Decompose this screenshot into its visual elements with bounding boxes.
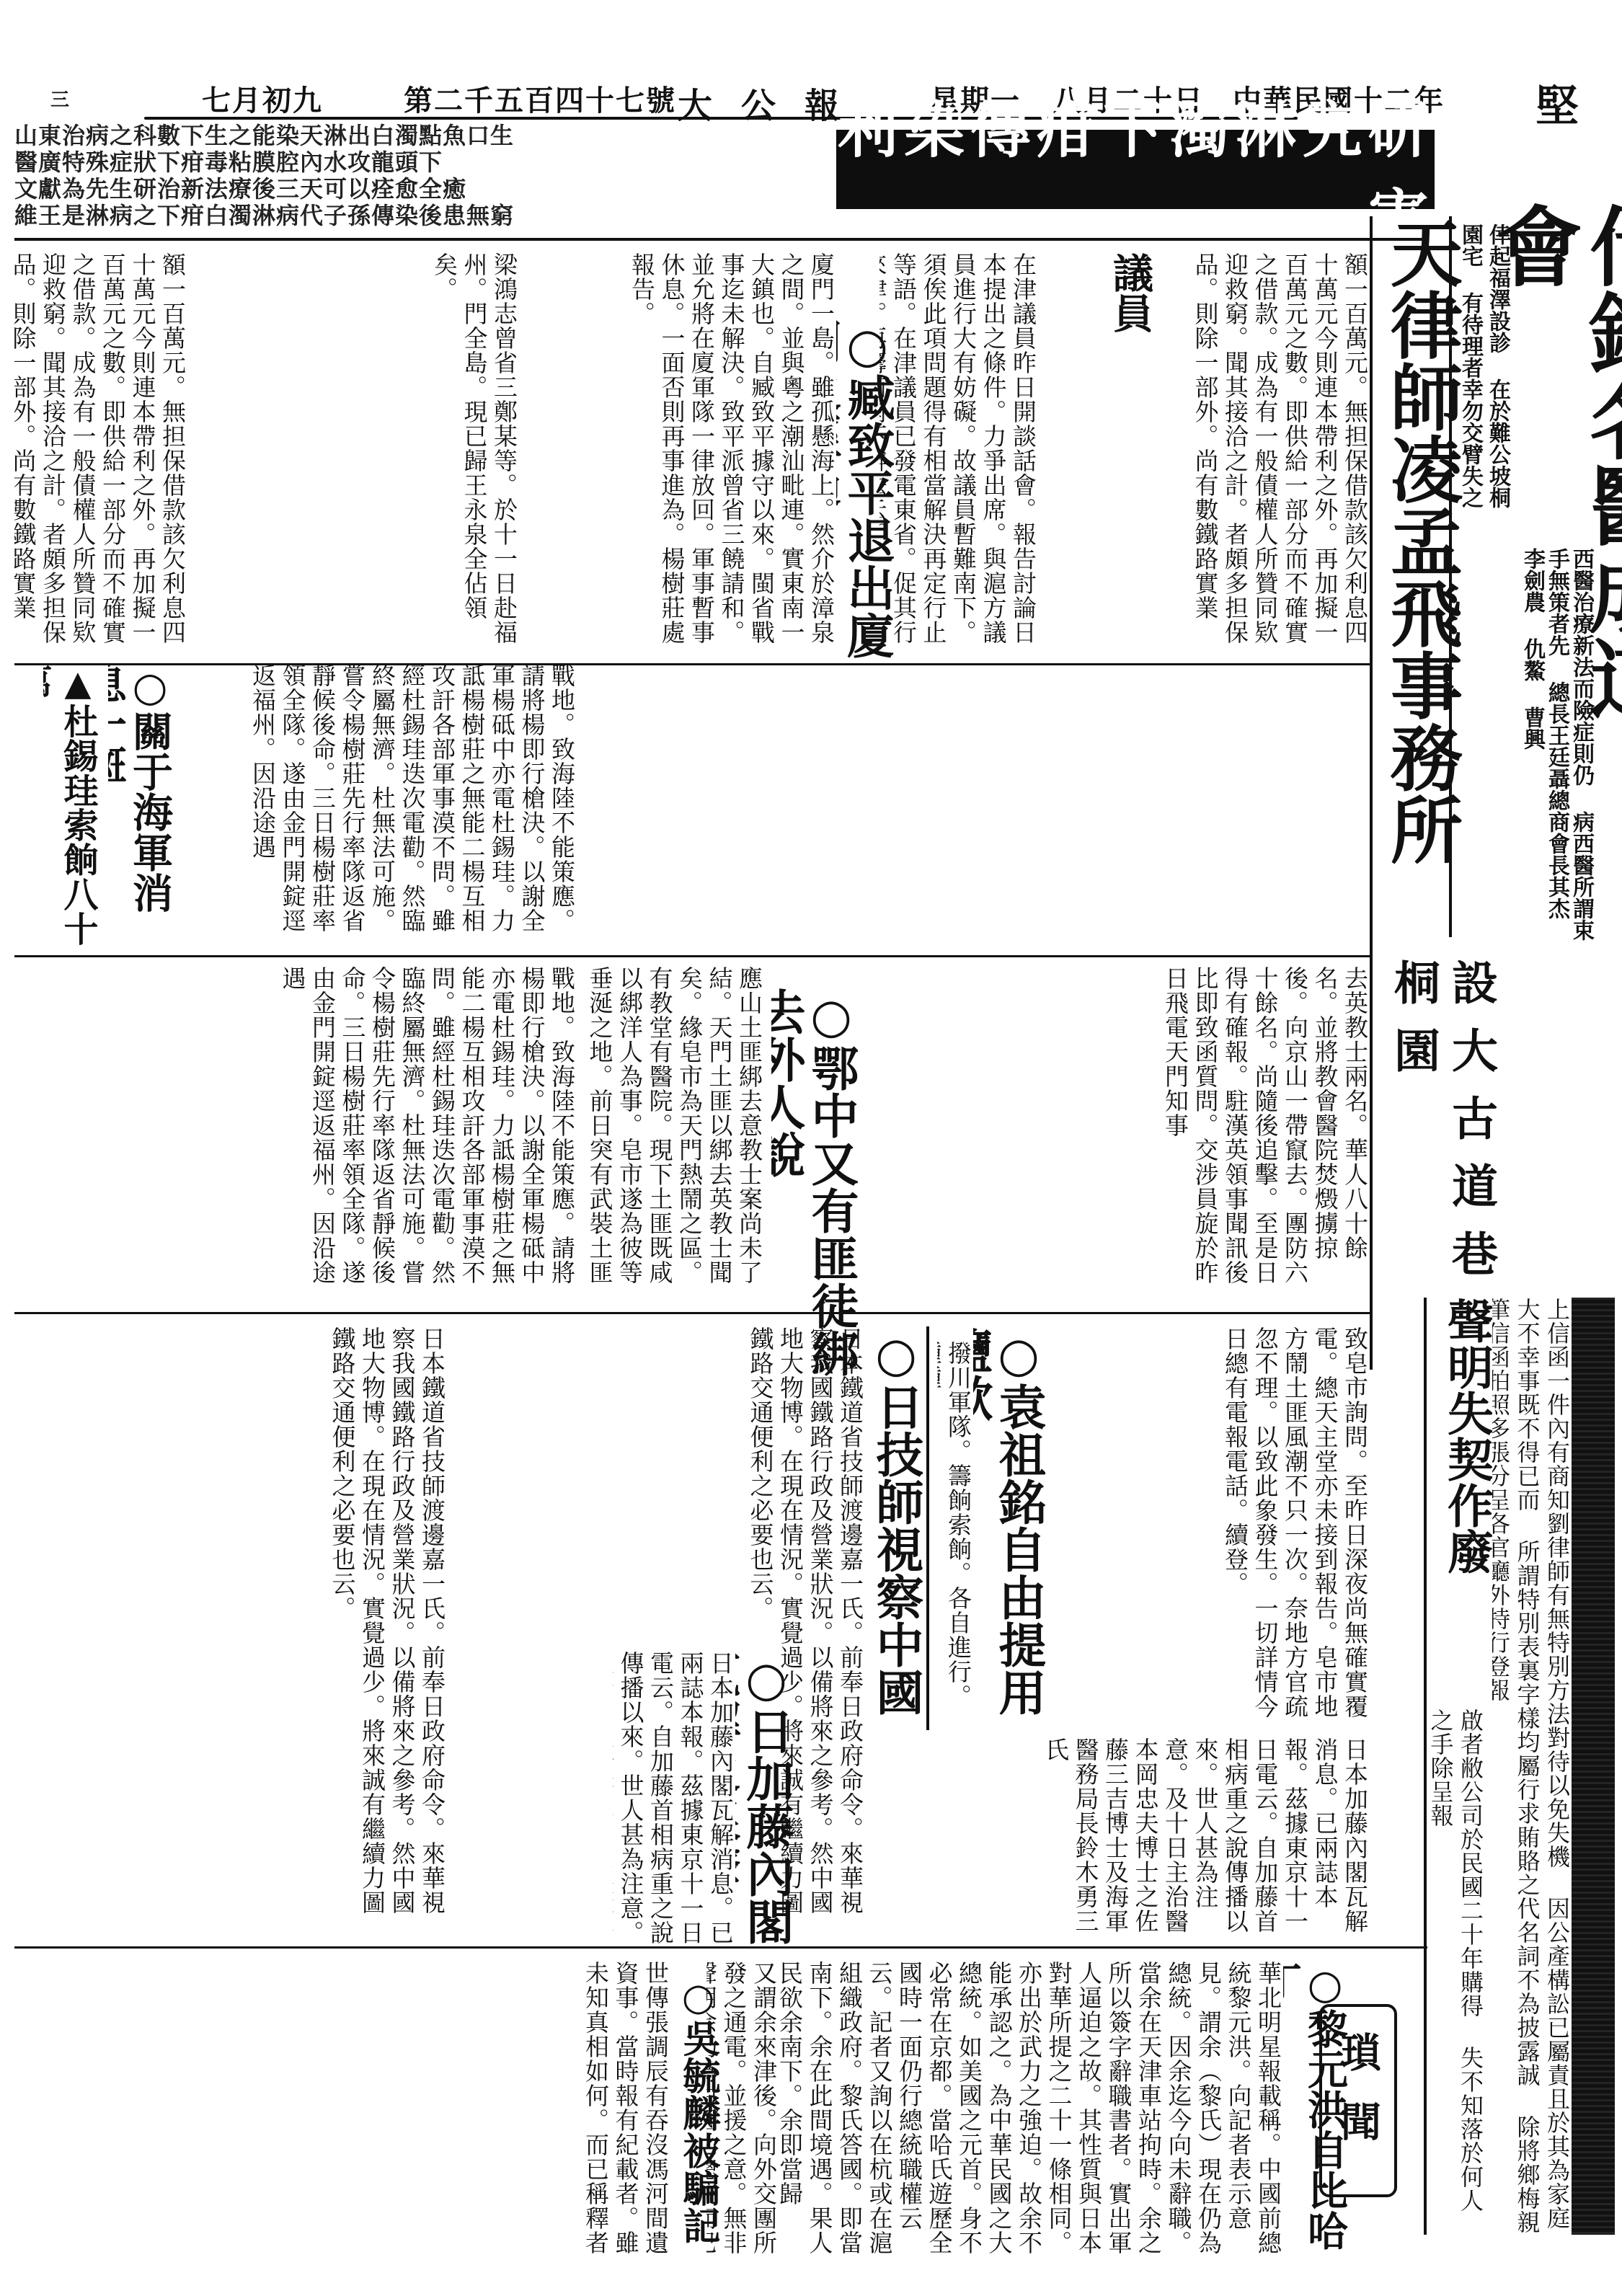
article-shantou-body: 致皂市詢問。至昨日深夜尚無確實覆電。總天主堂亦未接到報告。皂市地方鬧土匪風潮不只…: [1103, 1326, 1370, 1730]
top-ad-line: 維王是淋病之下疳白濁淋病代子孫傳染後患無窮: [14, 203, 822, 229]
divider: [14, 955, 1370, 957]
article-amoy-body: 廈門一島。雖孤懸海上。然介於漳泉之間。並與粵之潮汕毗連。實東南一大鎮也。自臧致平…: [519, 252, 836, 656]
article-amoy-headline: ○臧致平退出廈門之經過: [836, 317, 894, 659]
lost-deed-body: 啟者敝公司於民國二十年購得 失不知落於何人之手除呈報: [1427, 1708, 1485, 2213]
issue-number: 第二千五百四十七號: [404, 78, 676, 119]
article-du-xigui: ▲杜錫珪索餉八十萬: [43, 663, 101, 952]
divider: [14, 1946, 1427, 1949]
article-congress-headline: 議員: [1107, 252, 1153, 333]
article-left-body: 額一百萬元。無担保借款該欠利息四十萬元今則連本帶利之外。再加擬一百萬元之數。即供…: [14, 252, 187, 656]
top-ad-line: 文獻為先生研治新法療後三天可以痊愈全癒: [14, 176, 822, 203]
lawyer-ad: 天律師凌孟飛事務所: [1381, 216, 1461, 937]
article-hubei-headline: ○鄂中又有匪徒綁去外人說: [771, 988, 858, 1377]
doctor-ad-subtitle: 倖起福澤設診 在於難公坡桐園宅 有待理者幸勿交臂失之: [1456, 223, 1511, 526]
article-yuan: ○袁祖銘自由提用鹽款: [973, 1326, 1045, 1730]
article-navy: ○關于海軍消息一斑: [108, 663, 173, 952]
article-yuan-headline: ○袁祖銘自由提用鹽款: [973, 1326, 1045, 1716]
article-engineer: ○日技師視察中國鐵路後之談話: [872, 1326, 923, 1730]
lost-deed-title: 聲明失契作廢: [1440, 1298, 1492, 1574]
lawyer-ad-title: 天律師凌孟飛事務所: [1378, 216, 1463, 865]
newspaper-page: 三 七月初九 第二千五百四十七號 大公報 星期一 八月二十日 中華民國十二年 堅…: [14, 72, 1608, 2278]
article-loan: 額一百萬元。無担保借款該欠利息四十萬元今則連本帶利之外。再加擬一百萬元之數。即供…: [1153, 252, 1370, 656]
lawyer-ad-address-prefix: 設: [1444, 959, 1498, 1027]
lost-deed-ad: 聲明失契作廢: [1435, 1298, 1492, 1701]
top-advertisement: 山東治病之科數下生之能染天淋出白濁點魚口生 醫廣特殊症狀下疳毒粘膜腔內水攻龍頭下…: [14, 123, 822, 231]
divider: [1424, 1298, 1427, 2235]
article-yuan-body: 撥川軍隊。籌餉索餉。各自進行。種種: [937, 1341, 973, 1730]
article-kato: ○日加藤內閣瓦解之浪聲: [735, 1651, 793, 1954]
article-loan-body: 額一百萬元。無担保借款該欠利息四十萬元今則連本帶利之外。再加擬一百萬元之數。即供…: [1192, 252, 1370, 644]
article-kato-body: 日本加藤內閣瓦解消息。已兩誌本報。茲據東京十一日電云。自加藤首相病重之說傳播以來…: [613, 1651, 735, 1954]
article-navy-headline: ○關于海軍消息一斑: [108, 663, 173, 913]
article-wu-body: 世傳張調辰有吞沒馮河間遺資事。當時報有紀載者。雖未知真相如何。而已稱釋者: [14, 1961, 670, 2264]
article-engineer-headline: ○日技師視察中國鐵路後之談話: [872, 1326, 923, 1716]
banner-headline: 研究淋濁下疳傳染利害: [836, 130, 1435, 209]
divider: [14, 1312, 1370, 1314]
divider: [14, 238, 1427, 241]
dark-decorative-ad: [1572, 1298, 1615, 2235]
article-navy-body: 梁鴻志曾省三鄭某等。於十一日赴福州。門全島。現已歸王永泉全佔領矣。: [187, 252, 519, 656]
article-engineer-cont: 日本鐵道省技師渡邊嘉一氏。前奉日政府命令。來華視察我國鐵路行政及營業狀況。以備將…: [14, 1326, 447, 1918]
article-left-lower-body: 戰地。致海陸不能策應。請將楊即行槍決。以謝全軍楊砥中亦電杜錫珪。力詆楊樹莊之無能…: [14, 966, 577, 1305]
article-congress: 議員: [1038, 252, 1153, 656]
article-kato-headline: ○日加藤內閣瓦解之浪聲: [735, 1651, 793, 1945]
divider: [926, 1326, 929, 1730]
supplement-mark: 堅: [1535, 72, 1580, 134]
top-ad-line: 醫廣特殊症狀下疳毒粘膜腔內水攻龍頭下: [14, 149, 822, 176]
misc-news-box: 瑣聞: [1319, 2004, 1397, 2197]
misc-news-label: 瑣聞: [1329, 2031, 1387, 2170]
article-british-body: 去英教士兩名。華人八十餘名。並將教會醫院焚燬擄掠後。向京山一帶竄去。團防六十餘名…: [865, 966, 1370, 1305]
article-congress-body: 在津議員昨日開談話會。報告討論日本提出之條件。力爭出席。與滬方議員進行大有妨礙。…: [879, 252, 1038, 656]
article-li-body: 華北明星報載稱。中國前總統黎元洪。向記者表示意見。謂余（黎氏）現在仍為總統。因余…: [779, 1961, 1283, 2264]
article-wu-headline: ○吳毓麟被騙記: [678, 1975, 720, 2244]
article-du-xigui-headline: ▲杜錫珪索餉八十萬: [43, 663, 98, 946]
article-hubei-body: 應山土匪綁去意教士案尚未了結。天門土匪以綁去英教士聞矣。緣皂市為天門熱鬧之區。有…: [584, 966, 764, 1305]
article-amoy: ○臧致平退出廈門之經過: [836, 317, 894, 692]
page-marker: 三: [50, 85, 71, 112]
top-ad-line: 山東治病之科數下生之能染天淋出白濁點魚口生: [14, 123, 822, 149]
divider: [1370, 216, 1373, 1370]
legal-notice: 上信函一件內有商知劉律師有無特別方法對待以免失機 因公產構訟已屬責且於其為家庭大…: [1492, 1298, 1572, 2235]
article-kato-cont: 日本加藤內閣瓦解消息。已兩誌本報。茲據東京十一日電云。自加藤首相病重之說傳播以來…: [800, 1737, 1370, 1954]
lunar-date: 七月初九: [202, 78, 323, 119]
divider: [14, 663, 1370, 665]
halftone-pattern: [1572, 1298, 1615, 2235]
article-wu: ○吳毓麟被騙記: [678, 1975, 721, 2264]
banner-text: 研究淋濁下疳傳染利害: [836, 82, 1435, 257]
article-du-xigui-body: 戰地。致海陸不能策應。請將楊即行槍決。以謝全軍楊砥中亦電杜錫珪。力詆楊樹莊之無能…: [187, 663, 577, 952]
